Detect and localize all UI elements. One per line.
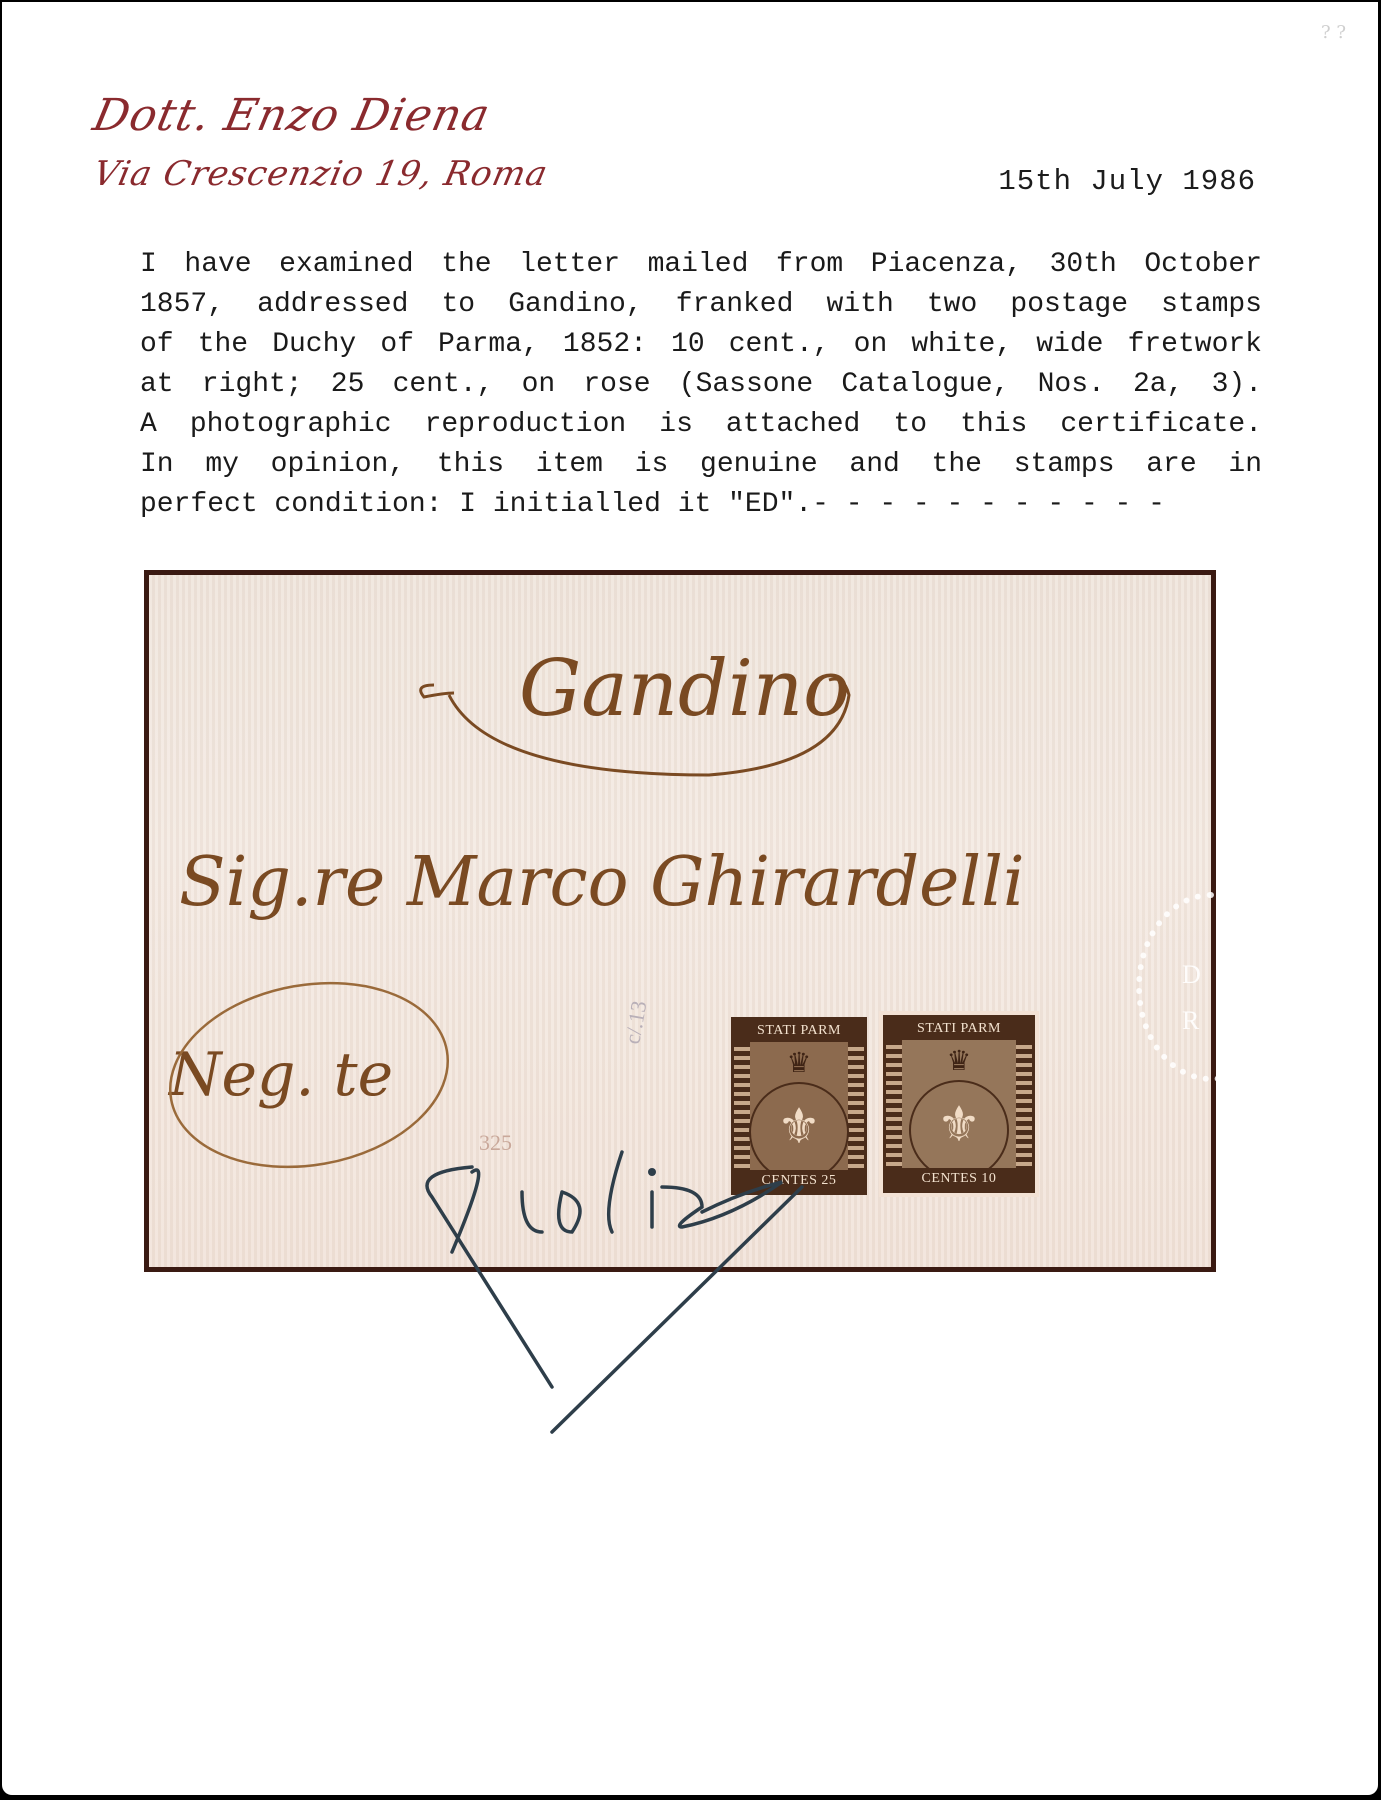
- certificate-sheet: ? ? Dott. Enzo Diena Via Crescenzio 19, …: [2, 2, 1378, 1795]
- expert-signature: [2, 2, 1378, 1795]
